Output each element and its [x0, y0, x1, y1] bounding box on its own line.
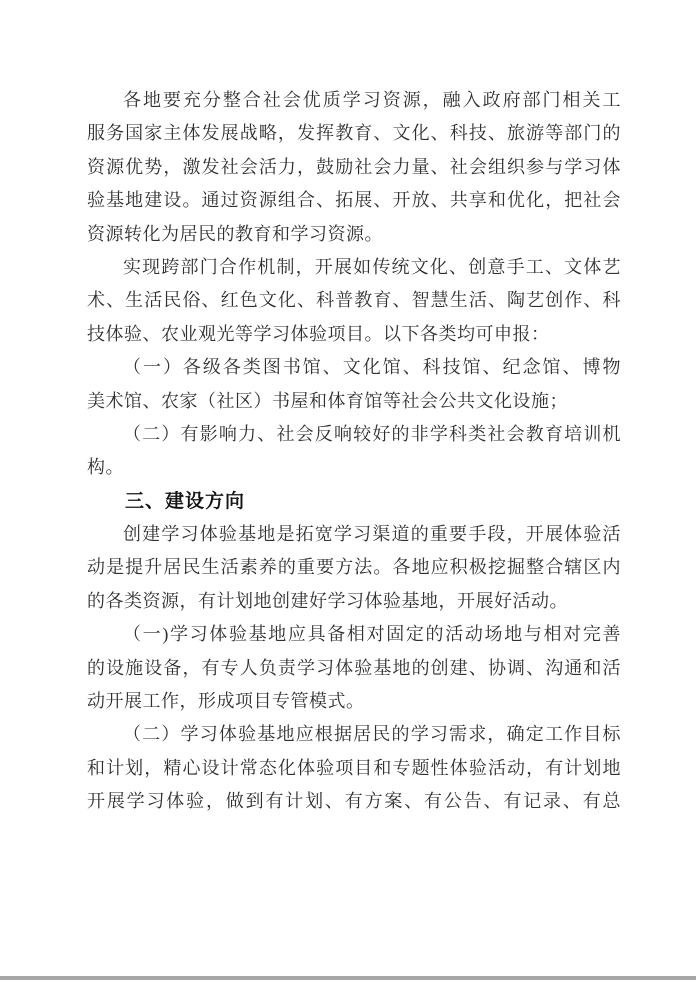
- text-line: 资源优势，激发社会活力，鼓励社会力量、社会组织参与学习体: [87, 151, 621, 184]
- text-line: 服务国家主体发展战略，发挥教育、文化、科技、旅游等部门的: [87, 117, 621, 150]
- text-line: 的设施设备，有专人负责学习体验基地的创建、协调、沟通和活: [87, 652, 621, 685]
- text-line: （一）各级各类图书馆、文化馆、科技馆、纪念馆、博物馆、: [87, 351, 621, 384]
- text-line: 动开展工作，形成项目专管模式。: [87, 685, 621, 718]
- text-line: 开展学习体验，做到有计划、有方案、有公告、有记录、有总结。: [87, 785, 621, 818]
- text-line: （二）有影响力、社会反响较好的非学科类社会教育培训机: [87, 418, 621, 451]
- text-line: 资源转化为居民的教育和学习资源。: [87, 218, 621, 251]
- document-page: 各地要充分整合社会优质学习资源，融入政府部门相关工作， 服务国家主体发展战略，发…: [0, 0, 696, 976]
- text-line: 验基地建设。通过资源组合、拓展、开放、共享和优化，把社会: [87, 184, 621, 217]
- text-line: 和计划，精心设计常态化体验项目和专题性体验活动，有计划地: [87, 752, 621, 785]
- text-line: 各地要充分整合社会优质学习资源，融入政府部门相关工作，: [87, 84, 621, 117]
- section-heading: 三、建设方向: [87, 485, 621, 518]
- text-line: 构。: [87, 451, 621, 484]
- text-line: 术、生活民俗、红色文化、科普教育、智慧生活、陶艺创作、科: [87, 284, 621, 317]
- text-line: 技体验、农业观光等学习体验项目。以下各类均可申报：: [87, 318, 621, 351]
- text-line: （二）学习体验基地应根据居民的学习需求，确定工作目标: [87, 718, 621, 751]
- text-line: 动是提升居民生活素养的重要方法。各地应积极挖掘整合辖区内: [87, 551, 621, 584]
- text-line: （一)学习体验基地应具备相对固定的活动场地与相对完善: [87, 618, 621, 651]
- text-line: 创建学习体验基地是拓宽学习渠道的重要手段，开展体验活: [87, 518, 621, 551]
- text-line: 美术馆、农家（社区）书屋和体育馆等社会公共文化设施；: [87, 385, 621, 418]
- text-line: 的各类资源，有计划地创建好学习体验基地，开展好活动。: [87, 585, 621, 618]
- text-line: 实现跨部门合作机制，开展如传统文化、创意手工、文体艺: [87, 251, 621, 284]
- document-text-block: 各地要充分整合社会优质学习资源，融入政府部门相关工作， 服务国家主体发展战略，发…: [87, 84, 621, 819]
